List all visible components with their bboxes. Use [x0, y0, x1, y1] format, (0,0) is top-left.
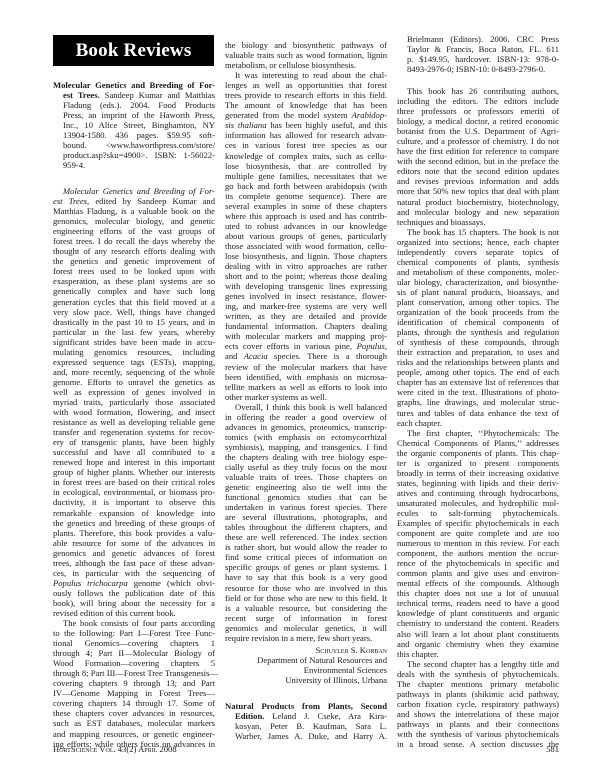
text-line: rence of the phytochemicals in specific … — [397, 558, 559, 568]
text-line: were cited in the text. Illustrations of… — [397, 387, 559, 397]
text-line: very slow pace. Well, things have change… — [53, 307, 215, 317]
text-line: Overall, I think this book is well balan… — [225, 402, 387, 412]
text-line: cially useful as they truly focus on the… — [225, 462, 387, 472]
text-line: genetically complex and have such long — [53, 286, 215, 296]
text-line: 8493-2976-0; ISBN-10: 0-8493-2796-0. — [397, 64, 559, 74]
text-line: Examples of specific phytochemicals in e… — [397, 518, 559, 528]
text-line: and metabolism of these components, mole… — [397, 267, 559, 277]
text-line: information has allowed for research adv… — [225, 130, 387, 140]
text-line: and organic chemistry when they examine — [397, 639, 559, 649]
text-line: carbon fixation cycle, respiratory pathw… — [397, 699, 559, 709]
text-line: generated from the model system Arabidop… — [225, 110, 387, 120]
text-line: lose biosynthesis, and lignin. Those cha… — [225, 251, 387, 261]
text-line: the organic components of plants. This c… — [397, 448, 559, 458]
text-line: ular biology, characterization, and bios… — [397, 277, 559, 287]
text-line: genomics, molecular biology, and genetic — [53, 216, 215, 226]
text-line: component are quite complete and are too — [397, 528, 559, 538]
text-line: significant strides have been made in ac… — [53, 337, 215, 347]
text-line: its complete genome sequence). There are — [225, 191, 387, 201]
text-line: group of higher plants. Whether our inte… — [53, 467, 215, 477]
text-line: functional genomics studies that can be — [225, 492, 387, 502]
text-line: been identified, with emphasis on micros… — [225, 372, 387, 382]
text-line: trees, although the fast pace of these a… — [53, 558, 215, 568]
text-line: valuable traits such as wood formation, … — [225, 50, 387, 60]
text-line: through 4; Part II—Molecular Biology of — [53, 648, 215, 658]
text-line: 13904-1580. 436 pages. $59.95 soft- — [53, 130, 215, 140]
text-line: Warber, James A. Duke, and Harry A. — [225, 731, 387, 741]
text-line: chemical components of plants, synthesis — [397, 257, 559, 267]
text-line: ing, and marker-free systems are very we… — [225, 301, 387, 311]
text-line: common plants and give uses and environ- — [397, 568, 559, 578]
text-line: kosyan, Peter B. Kaufman, Sara L. — [225, 721, 387, 731]
text-line: in ecological, environmental, or biomass… — [53, 487, 215, 497]
text-line: the genetics and genetic improvement of — [53, 256, 215, 266]
text-line: Chemical Components of Plants,’’ address… — [397, 438, 559, 448]
text-line: field or for those who are new to this f… — [225, 593, 387, 603]
text-line: Inc., 10 Alice Street, Binghamton, NY — [53, 120, 215, 130]
text-line: with wood formation, flowering, and inse… — [53, 407, 215, 417]
text-line: renewed hope and interest in this import… — [53, 457, 215, 467]
text-line: ects cover efforts in various pine, Popu… — [225, 341, 387, 351]
text-line: generation cycles that this field moved … — [53, 297, 215, 307]
text-line: the genetics and breeding of these group… — [53, 518, 215, 528]
text-line: bound. <www.haworthpress.com/store/ — [53, 140, 215, 150]
text-line: ces, in particular with the sequencing o… — [53, 568, 215, 578]
text-line: deals with the synthesis of phytochemica… — [397, 669, 559, 679]
text-line: successful and have all contributed to a — [53, 447, 215, 457]
text-line: particular in the last few years, whereb… — [53, 327, 215, 337]
text-line: knowledge of complex traits, such as cel… — [225, 151, 387, 161]
review1-body-col1: Molecular Genetics and Breeding of For-e… — [53, 186, 215, 749]
text-line: dealing with in vitro approaches are rat… — [225, 261, 387, 271]
text-line: resistance as well as developing reliabl… — [53, 417, 215, 427]
text-line: Brielmann (Editors). 2006. CRC Press — [397, 34, 559, 44]
text-line: trees provide to research efforts in thi… — [225, 90, 387, 100]
text-line: ductivity, it is important to observe th… — [53, 497, 215, 507]
text-line: have the first edition for reference to … — [397, 146, 559, 156]
text-line: knowledge of plant constituents and orga… — [397, 608, 559, 618]
text-line: this chapter. — [397, 649, 559, 659]
text-line: find some critical pieces of information… — [225, 552, 387, 562]
text-line: revised edition of this current book. — [53, 608, 215, 618]
text-line: tables throughout the different chapters… — [225, 522, 387, 532]
text-line: genes involved in insect resistance, flo… — [225, 291, 387, 301]
text-line: Taylor & Francis, Boca Raton, FL. 611 — [397, 44, 559, 54]
text-line: identification of chemical components of — [397, 317, 559, 327]
text-line: unsaturated molecules, and hydrophilic m… — [397, 498, 559, 508]
text-line: tellite markers as well as efforts to lo… — [225, 382, 387, 392]
text-line: well as expression of genes involved in — [53, 387, 215, 397]
text-line: broadly in terms of their increasing oxi… — [397, 468, 559, 478]
text-line: able resource for some of the advances i… — [53, 538, 215, 548]
text-line: in offering the reader a good overview o… — [225, 412, 387, 422]
text-line: genomics and genetic advances of forest — [53, 548, 215, 558]
text-line: p. $149.95, hardcover. ISBN-13: 978-0- — [397, 54, 559, 64]
text-line: numerous to mention in this review. For … — [397, 538, 559, 548]
text-line: tures and tables of data enhance the tex… — [397, 408, 559, 418]
text-line: organization of the book proceeds from t… — [397, 307, 559, 317]
reviewer-affiliation: University of Illinois, Urbana — [225, 675, 387, 685]
text-line: each chapter. — [397, 418, 559, 428]
reviewer-signature: Schuyler S. Korban Department of Natural… — [225, 645, 387, 685]
text-line: ery of transgenic plants, have been high… — [53, 437, 215, 447]
text-line: people, among other topics. The end of e… — [397, 367, 559, 377]
text-line: review of the molecular markers that hav… — [225, 362, 387, 372]
text-line: of synthesis of these compounds, through — [397, 337, 559, 347]
text-line: is rather short, but would allow the rea… — [225, 542, 387, 552]
text-line: natural product biochemistry, biotechnol… — [397, 197, 559, 207]
text-line: recent surge of information in forest — [225, 613, 387, 623]
text-line: with molecular markers and mapping proj- — [225, 331, 387, 341]
text-line: Molecular Genetics and Breeding of For- — [53, 186, 215, 196]
text-line: plant conservation, among other topics. … — [397, 297, 559, 307]
text-line: myriad traits, particularly those associ… — [53, 397, 215, 407]
text-line: The book consists of four parts accordin… — [53, 618, 215, 628]
text-line: 959-4. — [53, 160, 215, 170]
text-line: this chapter does not use a lot of unusu… — [397, 588, 559, 598]
text-line: the biology and biosynthetic pathways of — [225, 40, 387, 50]
reviewer-department-line2: Environmental Sciences — [225, 665, 387, 675]
text-line: several examples in some of these chapte… — [225, 201, 387, 211]
text-line: mental effects of the compounds. Althoug… — [397, 578, 559, 588]
text-line: transfer and regeneration systems for re… — [53, 427, 215, 437]
text-line: including the editors. The editors inclu… — [397, 96, 559, 106]
text-line: forest trees. I do recall the days where… — [53, 236, 215, 246]
text-line: The first chapter, ‘‘Phytochemicals: The — [397, 428, 559, 438]
text-line: multiple gene families, necessitates tha… — [225, 171, 387, 181]
text-line: component, the authors mention the occur… — [397, 548, 559, 558]
text-line: tional Genomics—covering chapters 1 — [53, 638, 215, 648]
page-number: 581 — [540, 744, 559, 754]
text-line: remarkable expansion of knowledge into — [53, 508, 215, 518]
text-line: sis of plant natural products, bioassays… — [397, 287, 559, 297]
text-line: advances in genomics, proteomics, transc… — [225, 422, 387, 432]
text-line: plants. Therefore, this book provides a … — [53, 528, 215, 538]
text-line: written, as they are detailed and provid… — [225, 311, 387, 321]
text-line: pathways in plants (shikimic acid pathwa… — [397, 689, 559, 699]
text-line: Press, an imprint of the Haworth Press, — [53, 110, 215, 120]
text-line: drastically in the past 10 to 15 years, … — [53, 317, 215, 327]
text-line: ecules to salt-forming phytochemicals. — [397, 508, 559, 518]
text-line: where this approach is used and has cont… — [225, 211, 387, 221]
text-line: with developing transgenic lines express… — [225, 281, 387, 291]
reviewer-name: Schuyler S. Korban — [225, 645, 387, 655]
text-line: engineering efforts of the vast groups o… — [53, 226, 215, 236]
text-line: plants, through the synthesis and regula… — [397, 327, 559, 337]
review1-body-col2: the biology and biosynthetic pathways of… — [225, 40, 387, 643]
text-line: and Acacia species. There is a thorough — [225, 351, 387, 361]
text-line: technical terms, readers need to have a … — [397, 598, 559, 608]
text-line: The second chapter has a lengthy title a… — [397, 659, 559, 669]
text-line: culture, and a professor of chemistry. I… — [397, 136, 559, 146]
text-line: Wood Formation—covering chapters 5 — [53, 658, 215, 668]
text-line: states, beginning with lipids and their … — [397, 478, 559, 488]
text-line: and molecular biology and new separation — [397, 207, 559, 217]
text-line: short and to the point; whereas those de… — [225, 271, 387, 281]
text-line: uted to robust advances in our knowledge — [225, 221, 387, 231]
section-header-book-reviews: Book Reviews — [53, 35, 214, 66]
text-line: genetic engineering also tie well into t… — [225, 482, 387, 492]
text-line: to the following: Part I—Forest Tree Fun… — [53, 628, 215, 638]
text-line: biology, a medical doctor, a retired eco… — [397, 116, 559, 126]
text-line: techniques and bioassays. — [397, 217, 559, 227]
text-line: about various groups of genes, particula… — [225, 231, 387, 241]
text-line: are several illustrations, photographs, … — [225, 512, 387, 522]
text-line: organized into sections; hence, each cha… — [397, 237, 559, 247]
text-line: valuable traits of trees. Those chapters… — [225, 472, 387, 482]
text-line: is a valuable resource, but considering … — [225, 603, 387, 613]
text-line: Edition. Leland J. Cseke, Ara Kira- — [225, 711, 387, 721]
review1-citation: Molecular Genetics and Breeding of For-e… — [53, 80, 215, 170]
text-line: in forest trees are based on their criti… — [53, 477, 215, 487]
text-line: book), will bring about the necessity fo… — [53, 598, 215, 608]
text-line: The book has 15 chapters. The book is no… — [397, 227, 559, 237]
text-line: resource for those who are involved in t… — [225, 583, 387, 593]
text-line: sis thaliana has been highly useful, and… — [225, 120, 387, 130]
text-line: est Trees, edited by Sandeep Kumar and — [53, 196, 215, 206]
text-line: Molecular Genetics and Breeding of For- — [53, 80, 215, 90]
section-title: Book Reviews — [76, 40, 192, 62]
text-line: risks and the relationships between plan… — [397, 357, 559, 367]
text-line: chapter has an extensive list of referen… — [397, 377, 559, 387]
text-line: forest trees used to be looked upon with — [53, 266, 215, 276]
text-line: with the synthesis of various phytochemi… — [397, 729, 559, 739]
text-line: This book has 26 contributing authors, — [397, 86, 559, 96]
text-line: mulating genomics resources, including — [53, 347, 215, 357]
text-line: editors note that the second edition upd… — [397, 166, 559, 176]
text-line: lose biosynthesis, that are controlled b… — [225, 161, 387, 171]
text-line: require revision in a mere, few short ye… — [225, 633, 387, 643]
text-line: other marker systems as well. — [225, 392, 387, 402]
text-line: through 8; Part III—Forest Tree Transgen… — [53, 668, 215, 678]
text-line: these are well referenced. The index sec… — [225, 532, 387, 542]
text-line: pathways in plants and their connections — [397, 719, 559, 729]
review2-citation-end: Brielmann (Editors). 2006. CRC PressTayl… — [397, 34, 559, 74]
text-line: exasperation, as these plant systems are… — [53, 276, 215, 286]
text-line: these chapters cover advances in resourc… — [53, 708, 215, 718]
text-line: IV—Genome Mapping in Forest Trees— — [53, 688, 215, 698]
text-line: their extraction and preparation, to use… — [397, 347, 559, 357]
text-line: with the second edition, but in the pref… — [397, 156, 559, 166]
text-line: fundamental information. Chapters dealin… — [225, 321, 387, 331]
text-line: more that 50% new topics that deal with … — [397, 186, 559, 196]
text-line: Fladung (eds.). 2004. Food Products — [53, 100, 215, 110]
text-line: covering chapters 9 through 13; and Part — [53, 678, 215, 688]
text-line: ces in various forest tree species as ou… — [225, 140, 387, 150]
text-line: have to say that this book is a very goo… — [225, 572, 387, 582]
text-line: independently covers separate topics of — [397, 247, 559, 257]
review2-citation-start: Natural Products from Plants, SecondEdit… — [225, 701, 387, 741]
text-line: est Trees. Sandeep Kumar and Matthias — [53, 90, 215, 100]
text-line: also will learn a lot about plant consti… — [397, 629, 559, 639]
text-line: expressed sequence tags (ESTs), mapping, — [53, 357, 215, 367]
text-line: Natural Products from Plants, Second — [225, 701, 387, 711]
text-line: in a broad sense. A section discusses th… — [397, 739, 559, 749]
text-line: covering chapters 14 through 17. Some of — [53, 698, 215, 708]
text-line: ter is organized to present components — [397, 458, 559, 468]
text-line: genomics and molecular genetics, it will — [225, 623, 387, 633]
text-line: and mapping resources, or genetic engine… — [53, 729, 215, 739]
text-line: metabolism, or cellulose biosynthesis. — [225, 60, 387, 70]
text-line: lenges as well as opportunities that for… — [225, 80, 387, 90]
text-line: and revises previous information and add… — [397, 176, 559, 186]
text-line: botanist from the U.S. Department of Agr… — [397, 126, 559, 136]
text-line: chemistry to understand the content. Rea… — [397, 618, 559, 628]
text-line: It was interesting to read about the cha… — [225, 70, 387, 80]
text-line: and shows the interrelations of these ma… — [397, 709, 559, 719]
text-line: Populus trichocarpa genome (which obvi- — [53, 578, 215, 588]
text-line: ously follows the publication date of th… — [53, 588, 215, 598]
text-line: three professors or professors emeriti o… — [397, 106, 559, 116]
text-line: product.asp?sku=4900>. ISBN: 1-56022- — [53, 150, 215, 160]
text-line: The amount of knowledge that has been — [225, 100, 387, 110]
text-line: undertaken in various forest species. Th… — [225, 502, 387, 512]
text-line: graphs, line drawings, and molecular str… — [397, 397, 559, 407]
text-line: those associated with wood formation, ce… — [225, 241, 387, 251]
text-line: and, more recently, sequencing of the wh… — [53, 367, 215, 377]
text-line: the chapters dealing with tree biology e… — [225, 452, 387, 462]
text-line: symbiosis), mapping, and transgenics. I … — [225, 442, 387, 452]
review2-body-col3: This book has 26 contributing authors,in… — [397, 86, 559, 749]
text-line: such as EST databases, molecular markers — [53, 718, 215, 728]
text-line: genome. Efforts to unravel the genetics … — [53, 377, 215, 387]
journal-footer: HortScience Vol. 43(2) April 2008 — [53, 744, 177, 754]
text-line: go back and forth between arabidopsis (w… — [225, 181, 387, 191]
text-line: Matthias Fladung, is a valuable book on … — [53, 206, 215, 216]
reviewer-department-line1: Department of Natural Resources and — [225, 655, 387, 665]
text-line: thought of any research efforts dealing … — [53, 246, 215, 256]
text-line: tomics (with emphasis on ectomycorrhizal — [225, 432, 387, 442]
text-line: The chapter mentions primary metabolic — [397, 679, 559, 689]
text-line: specific groups of genes or plant system… — [225, 562, 387, 572]
text-line: atives and continuing through hydrocarbo… — [397, 488, 559, 498]
